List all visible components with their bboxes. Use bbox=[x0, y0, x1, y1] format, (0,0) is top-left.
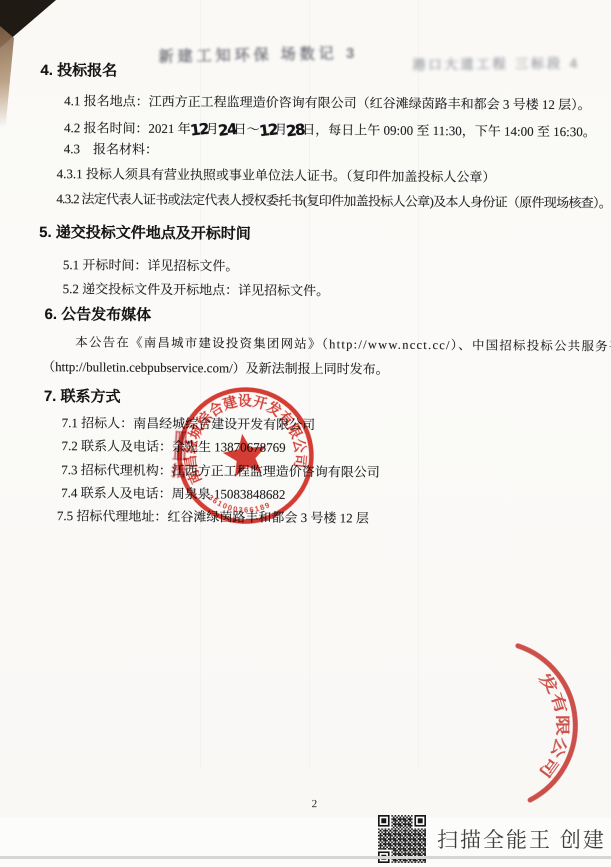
handwritten-month-2: 12 bbox=[258, 120, 278, 140]
section-7-heading: 7. 联系方式 bbox=[44, 388, 121, 407]
section-5-heading: 5. 递交投标文件地点及开标时间 bbox=[39, 224, 251, 244]
line-4-2-sep2: 日～ bbox=[233, 121, 259, 136]
overlapping-stamp-marks: 皿皿抬 bbox=[167, 428, 191, 480]
line-5-1: 5.1 开标时间：详见招标文件。 bbox=[63, 257, 239, 274]
document-content: 新建工知环保 场数记 3 港口大道工程 三标段 4 4. 投标报名 4.1 报名… bbox=[0, 0, 611, 820]
line-4-2-suffix: 日，每日上午 09:00 至 11:30，下午 14:00 至 16:30。 bbox=[302, 122, 596, 139]
line-5-2: 5.2 递交投标文件及开标地点：详见招标文件。 bbox=[63, 281, 330, 299]
seal-star-icon bbox=[220, 431, 269, 479]
page-number: 2 bbox=[312, 798, 318, 810]
section-4-heading: 4. 投标报名 bbox=[40, 62, 117, 81]
handwritten-day-2: 28 bbox=[286, 120, 306, 140]
handwritten-note-left: 新建工知环保 场数记 3 bbox=[158, 42, 358, 67]
section-6-heading: 6. 公告发布媒体 bbox=[44, 306, 151, 325]
handwritten-day-1: 24 bbox=[217, 120, 237, 140]
partial-seal-stamp: 发有限公司 bbox=[449, 647, 600, 808]
camscanner-label: 扫描全能王 创建 bbox=[437, 824, 606, 854]
line-4-3: 4.3 报名材料： bbox=[64, 141, 158, 157]
line-6-body-1: 本公告在《南昌城市建设投资集团网站》（http://www.ncct.cc/）、… bbox=[75, 335, 611, 354]
line-4-3-1: 4.3.1 投标人须具有营业执照或事业单位法人证书。（复印件加盖投标人公章） bbox=[57, 166, 496, 185]
scan-bottom-rule bbox=[0, 856, 611, 859]
line-4-1: 4.1 报名地点：江西方正工程监理造价咨询有限公司（红谷滩绿茵路丰和都会 3 号… bbox=[64, 93, 591, 113]
line-4-2: 4.2 报名时间：2021 年12月24日～12月28日，每日上午 09:00 … bbox=[64, 118, 596, 140]
line-4-3-2: 4.3.2 法定代表人证书或法定代表人授权委托书(复印件加盖投标人公章)及本人身… bbox=[56, 191, 611, 211]
handwritten-month-1: 12 bbox=[189, 120, 209, 140]
line-6-body-2: （http://bulletin.cebpubservice.com/）及新法制… bbox=[42, 359, 389, 377]
line-4-2-prefix: 4.2 报名时间：2021 年 bbox=[64, 120, 191, 136]
handwritten-note-right: 港口大道工程 三标段 4 bbox=[412, 53, 580, 74]
